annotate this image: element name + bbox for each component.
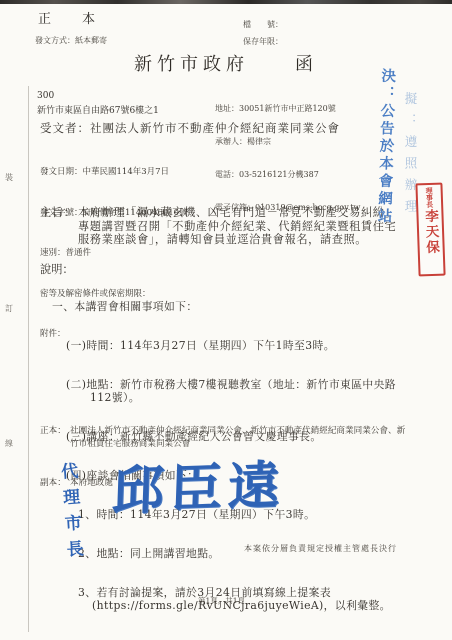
recipient-line: 受文者：社團法人新竹市不動產仲介經紀商業同業公會	[40, 120, 340, 136]
sender-contact-person: 承辦人：楊律宗	[215, 136, 360, 147]
description-item: (一)時間：114年3月27日（星期四）下午1時至3時。	[40, 339, 410, 352]
page-number-footer: 第1頁，共1頁	[198, 595, 245, 606]
stamp-title: 理事長	[425, 187, 434, 208]
chairman-seal-stamp: 理事長 李天保	[415, 183, 445, 277]
sender-phone: 電話：03-5216121分機387	[215, 169, 360, 180]
recipient-zip: 300	[37, 91, 54, 101]
retention-period-label: 保存年限：	[243, 36, 283, 47]
subject-label: 主旨：	[40, 206, 78, 247]
subject-block: 主旨： 本府辦理「漏水藏玄機、凶宅有門道－常見不動產交易糾紛」專題講習暨召開「不…	[40, 206, 406, 247]
speed-class: 速別：普通件	[40, 247, 188, 261]
delegation-note: 本案依分層負責規定授權主管處長決行	[244, 543, 397, 554]
sender-address: 地址：30051新竹市中正路120號	[215, 103, 360, 114]
description-item: 一、本講習會相關事項如下：	[40, 300, 410, 313]
delivery-method: 發文方式：紙本郵寄	[35, 35, 107, 46]
recipient-street-address: 新竹市東區自由路67號6樓之1	[37, 103, 159, 116]
copy-type-label: 正 本	[38, 8, 104, 27]
binding-mark-xian: 線	[5, 438, 13, 449]
stamp-name: 李天保	[420, 209, 442, 256]
signer-title: 代理市長	[60, 457, 111, 564]
binding-fold-line	[28, 86, 29, 632]
scanned-official-letter: 裝 訂 線 正 本 發文方式：紙本郵寄 檔 號： 保存年限： 新竹市政府 函 地…	[0, 0, 452, 640]
scan-artifact-top-edge	[0, 0, 452, 4]
subject-text: 本府辦理「漏水藏玄機、凶宅有門道－常見不動產交易糾紛」專題講習暨召開「不動產仲介…	[78, 206, 406, 247]
signer-name-calligraphy: 邱臣遠	[111, 443, 288, 524]
faded-approval-note: 擬：遵照辦理	[401, 92, 419, 267]
file-number-label: 檔 號：	[243, 19, 283, 30]
original-copy-label: 正本：	[40, 425, 70, 451]
issue-date: 發文日期：中華民國114年3月7日	[40, 166, 188, 180]
binding-mark-zhuang: 裝	[5, 172, 13, 183]
binding-mark-ding: 訂	[5, 303, 13, 314]
